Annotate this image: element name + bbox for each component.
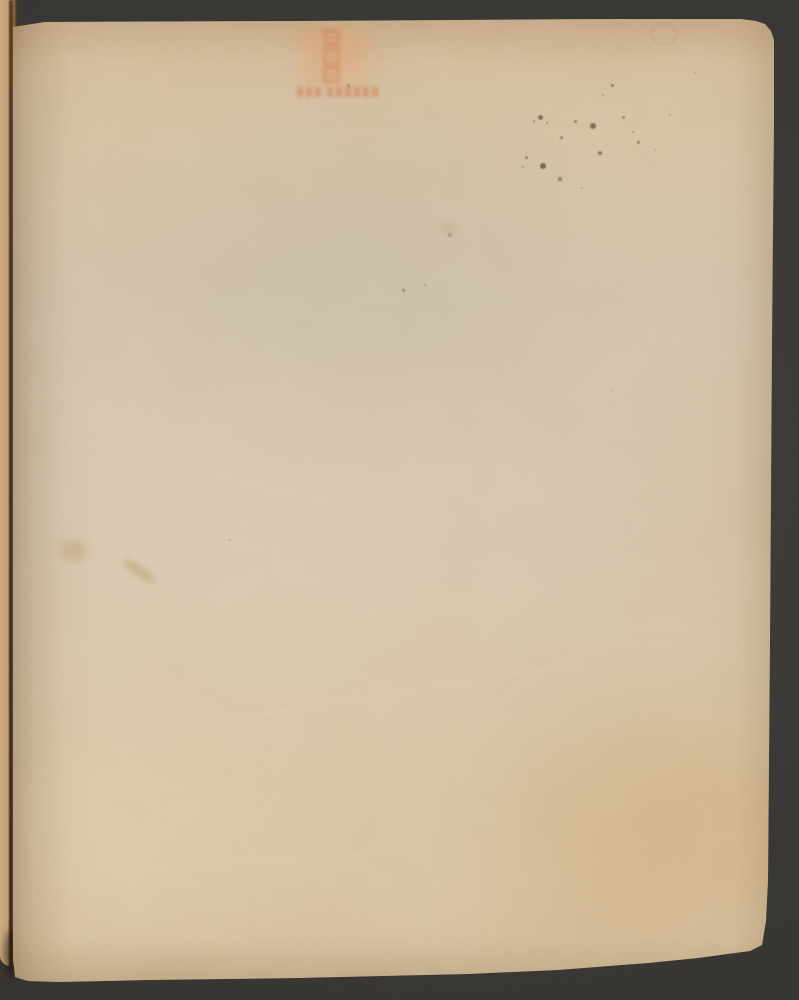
ink-speck [669,114,671,116]
ink-speck [694,72,696,74]
ink-speck [598,151,603,156]
paper-crease [262,667,559,716]
ink-speck [611,389,613,391]
seal-glyph-column [323,29,340,83]
seal-glyph [323,29,340,46]
stamp-word [297,87,321,97]
ink-speck [637,141,640,144]
ink-speck [424,284,426,286]
stain [439,220,459,236]
ink-speck [632,131,634,133]
ink-speck [654,149,656,151]
ink-speck [538,115,543,120]
seal-glyph [323,48,340,65]
ink-speck [347,84,350,87]
ink-speck [602,94,604,96]
stain [520,710,799,930]
seal-glyph [323,66,340,83]
ink-speck [558,177,561,180]
stain [58,538,89,565]
ink-speck [581,187,583,189]
ink-speck [540,163,546,169]
binding-gutter [9,0,13,968]
stain [121,556,158,586]
ink-speck [229,539,232,542]
ink-speck [590,123,596,129]
ink-speck [533,120,536,123]
ink-speck [402,289,405,292]
ink-speck [622,116,625,119]
ink-speck [522,166,524,168]
paper-crease [150,852,390,871]
paper-crease [74,439,327,504]
ink-speck [546,122,549,125]
book-page [0,0,799,1000]
ink-speck [560,136,563,139]
paper-crease [400,489,619,514]
stamp-word [327,87,379,97]
ring-stain [650,24,678,44]
book-scan [0,0,799,1000]
ink-speck [574,120,577,123]
ink-speck [525,156,528,159]
ink-speck [611,84,614,87]
